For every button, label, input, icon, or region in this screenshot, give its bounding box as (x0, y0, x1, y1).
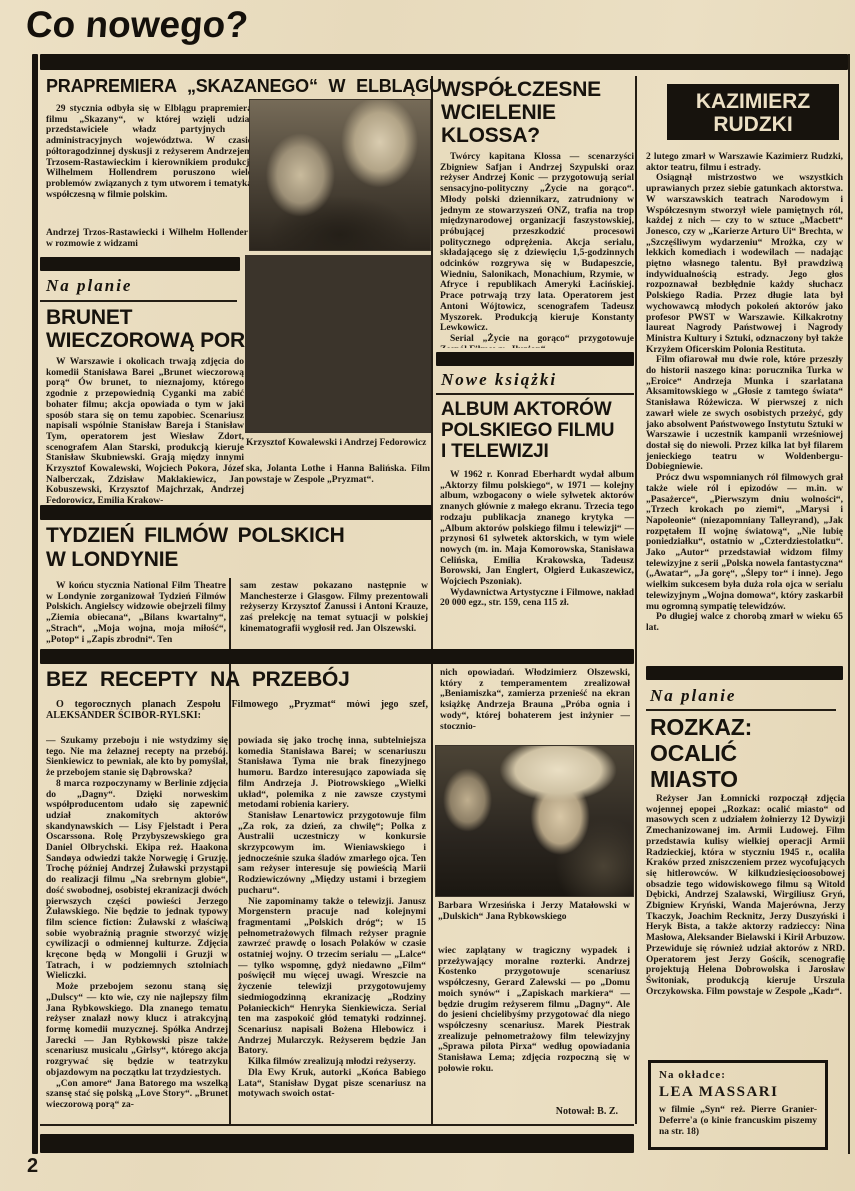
paragraph: Dla Ewy Kruk, autorki „Końca Babiego Lat… (238, 1068, 426, 1100)
kicker-nowe-ksiazki: Nowe książki (441, 370, 557, 390)
photo-brunet-set (246, 256, 430, 432)
article-tydzien-col1: W końcu stycznia National Film Theatre w… (46, 581, 226, 647)
article-klossa-body: Twórcy kapitana Klossa — scenarzyści Zbi… (440, 152, 634, 348)
article-tydzien-title-line2: W LONDYNIE (46, 549, 178, 570)
right-frame-rule (848, 54, 850, 1154)
paragraph: W końcu stycznia National Film Theatre w… (46, 581, 226, 645)
article-klossa-title-line3: KLOSSA? (441, 125, 540, 146)
article-album-body: W 1962 r. Konrad Eberhardt wydał album „… (440, 470, 634, 646)
paragraph: Reżyser Jan Łomnicki rozpoczął zdjęcia w… (646, 794, 845, 997)
cover-label: Na okładce: (659, 1069, 817, 1081)
paragraph: — Szukamy przeboju i nie wstydzimy się t… (46, 736, 228, 779)
caption-dulscy: Barbara Wrzesińska i Jerzy Matałowski w … (438, 901, 630, 923)
paragraph: W Warszawie i okolicach trwają zdjęcia d… (46, 357, 244, 505)
section-rule (40, 505, 432, 520)
article-rudzki-title-line1: KAZIMIERZ (667, 90, 839, 113)
caption-brunet: Krzysztof Kowalewski i Andrzej Fedorowic… (246, 438, 430, 449)
article-album-title-line3: I TELEWIZJI (441, 442, 549, 461)
kicker-rule (646, 709, 836, 711)
paragraph: powiada się jako trochę inna, subtelniej… (238, 736, 426, 811)
article-brunet-continuation: ska, Jolanta Lothe i Hanna Balińska. Fil… (246, 464, 430, 504)
page-number: 2 (27, 1155, 38, 1178)
paragraph: 8 marca rozpoczynamy w Berlinie zdjęcia … (46, 779, 228, 982)
paragraph: Wydawnictwa Artystyczne i Filmowe, nakła… (440, 588, 634, 609)
article-rudzki-title-box: KAZIMIERZ RUDZKI (667, 84, 839, 140)
article-rozkaz-title-line1: ROZKAZ: (650, 716, 752, 739)
caption-elblag: Andrzej Trzos-Rastawiecki i Wilhelm Holl… (46, 228, 248, 250)
article-klossa-title-line1: WSPÓŁCZESNE (441, 79, 601, 100)
paragraph: Może przebojem sezonu staną się „Dulscy“… (46, 982, 228, 1078)
article-bez-intro: O tegorocznych planach Zespołu Filmowego… (46, 700, 428, 732)
article-klossa-title-line2: WCIELENIE (441, 102, 556, 123)
column-rule-2 (431, 76, 433, 1124)
paragraph: ska, Jolanta Lothe i Hanna Balińska. Fil… (246, 464, 430, 485)
section-rule (436, 352, 634, 366)
paragraph: O tegorocznych planach Zespołu Filmowego… (46, 700, 428, 721)
paragraph: Nie zapominamy także o telewizji. Janusz… (238, 897, 426, 1058)
paragraph: Stanisław Lenartowicz przygotowuje film … (238, 811, 426, 897)
article-bez-col3-bottom: wiec zaplątany w tragiczny wypadek i prz… (438, 946, 630, 1104)
bottom-rule (40, 1134, 634, 1153)
left-frame-rule (32, 54, 38, 1154)
paragraph: Osiągnął mistrzostwo we wszystkich upraw… (646, 173, 843, 355)
article-rozkaz-title-line2: OCALIĆ (650, 742, 737, 765)
article-bez-signoff: Notował: B. Z. (438, 1106, 618, 1117)
paragraph: wiec zaplątany w tragiczny wypadek i prz… (438, 946, 630, 1074)
paragraph: sam zestaw pokazano następnie w Manchest… (240, 581, 428, 635)
paragraph: 2 lutego zmarł w Warszawie Kazimierz Rud… (646, 152, 843, 173)
paragraph: Twórcy kapitana Klossa — scenarzyści Zbi… (440, 152, 634, 334)
paragraph: Po długiej walce z chorobą zmarł w wieku… (646, 612, 843, 633)
article-skazany-body: 29 stycznia odbyła się w Elblągu praprem… (46, 104, 252, 224)
bottom-thin-rule (40, 1124, 634, 1126)
kicker-na-planie-2: Na planie (650, 686, 736, 706)
page-section-logo: Co nowego? (25, 4, 250, 46)
top-rule (40, 54, 848, 70)
column-rule-3 (635, 76, 637, 1124)
article-bez-title: BEZ RECEPTY NA PRZEBÓJ (46, 669, 350, 690)
cover-actress-name: LEA MASSARI (659, 1084, 817, 1101)
kicker-rule (436, 393, 634, 395)
cover-note-body: w filmie „Syn“ reż. Pierre Granier-Defer… (659, 1105, 817, 1138)
article-bez-col3-top: nich opowiadań. Włodzimierz Olszewski, k… (440, 668, 630, 742)
photo-elblag-premiere (250, 100, 430, 250)
article-rudzki-title-line2: RUDZKI (667, 113, 839, 136)
paragraph: Prócz dwu wspomnianych ról filmowych gra… (646, 473, 843, 612)
article-album-title-line2: POLSKIEGO FILMU (441, 421, 614, 440)
paragraph: „Con amore“ Jana Batorego ma wszelką sza… (46, 1079, 228, 1111)
section-rule (40, 649, 634, 664)
kicker-na-planie: Na planie (46, 276, 132, 296)
article-rozkaz-body: Reżyser Jan Łomnicki rozpoczął zdjęcia w… (646, 794, 845, 1034)
article-brunet-body: W Warszawie i okolicach trwają zdjęcia d… (46, 357, 244, 505)
cover-note-box: Na okładce: LEA MASSARI w filmie „Syn“ r… (648, 1060, 828, 1150)
magazine-page: Co nowego? PRAPREMIERA „SKAZANEGO“ W ELB… (0, 0, 855, 1191)
article-tydzien-title-line1: TYDZIEŃ FILMÓW POLSKICH (46, 525, 345, 546)
article-skazany-title: PRAPREMIERA „SKAZANEGO“ W ELBLĄGU (46, 77, 442, 95)
article-bez-col1: — Szukamy przeboju i nie wstydzimy się t… (46, 736, 228, 1124)
paragraph: 29 stycznia odbyła się w Elblągu praprem… (46, 104, 252, 200)
article-bez-col2: powiada się jako trochę inna, subtelniej… (238, 736, 426, 1124)
paragraph: Film ofiarował mu dwie role, które przes… (646, 355, 843, 473)
article-rozkaz-title-line3: MIASTO (650, 768, 738, 791)
kicker-rule (40, 300, 237, 302)
photo-dulscy (436, 746, 633, 896)
article-brunet-title-line2: WIECZOROWĄ PORĄ (46, 330, 260, 351)
paragraph: Serial „Życie na gorąco“ przygotowuje Ze… (440, 334, 634, 348)
paragraph: Kilka filmów zrealizują młodzi reżyserzy… (238, 1057, 426, 1068)
article-tydzien-col2: sam zestaw pokazano następnie w Manchest… (240, 581, 428, 647)
paragraph: nich opowiadań. Włodzimierz Olszewski, k… (440, 668, 630, 732)
paragraph: W 1962 r. Konrad Eberhardt wydał album „… (440, 470, 634, 588)
article-brunet-title-line1: BRUNET (46, 307, 132, 328)
article-rudzki-body: 2 lutego zmarł w Warszawie Kazimierz Rud… (646, 152, 843, 660)
article-album-title-line1: ALBUM AKTORÓW (441, 400, 612, 419)
section-rule (646, 666, 843, 680)
section-rule (40, 257, 240, 271)
